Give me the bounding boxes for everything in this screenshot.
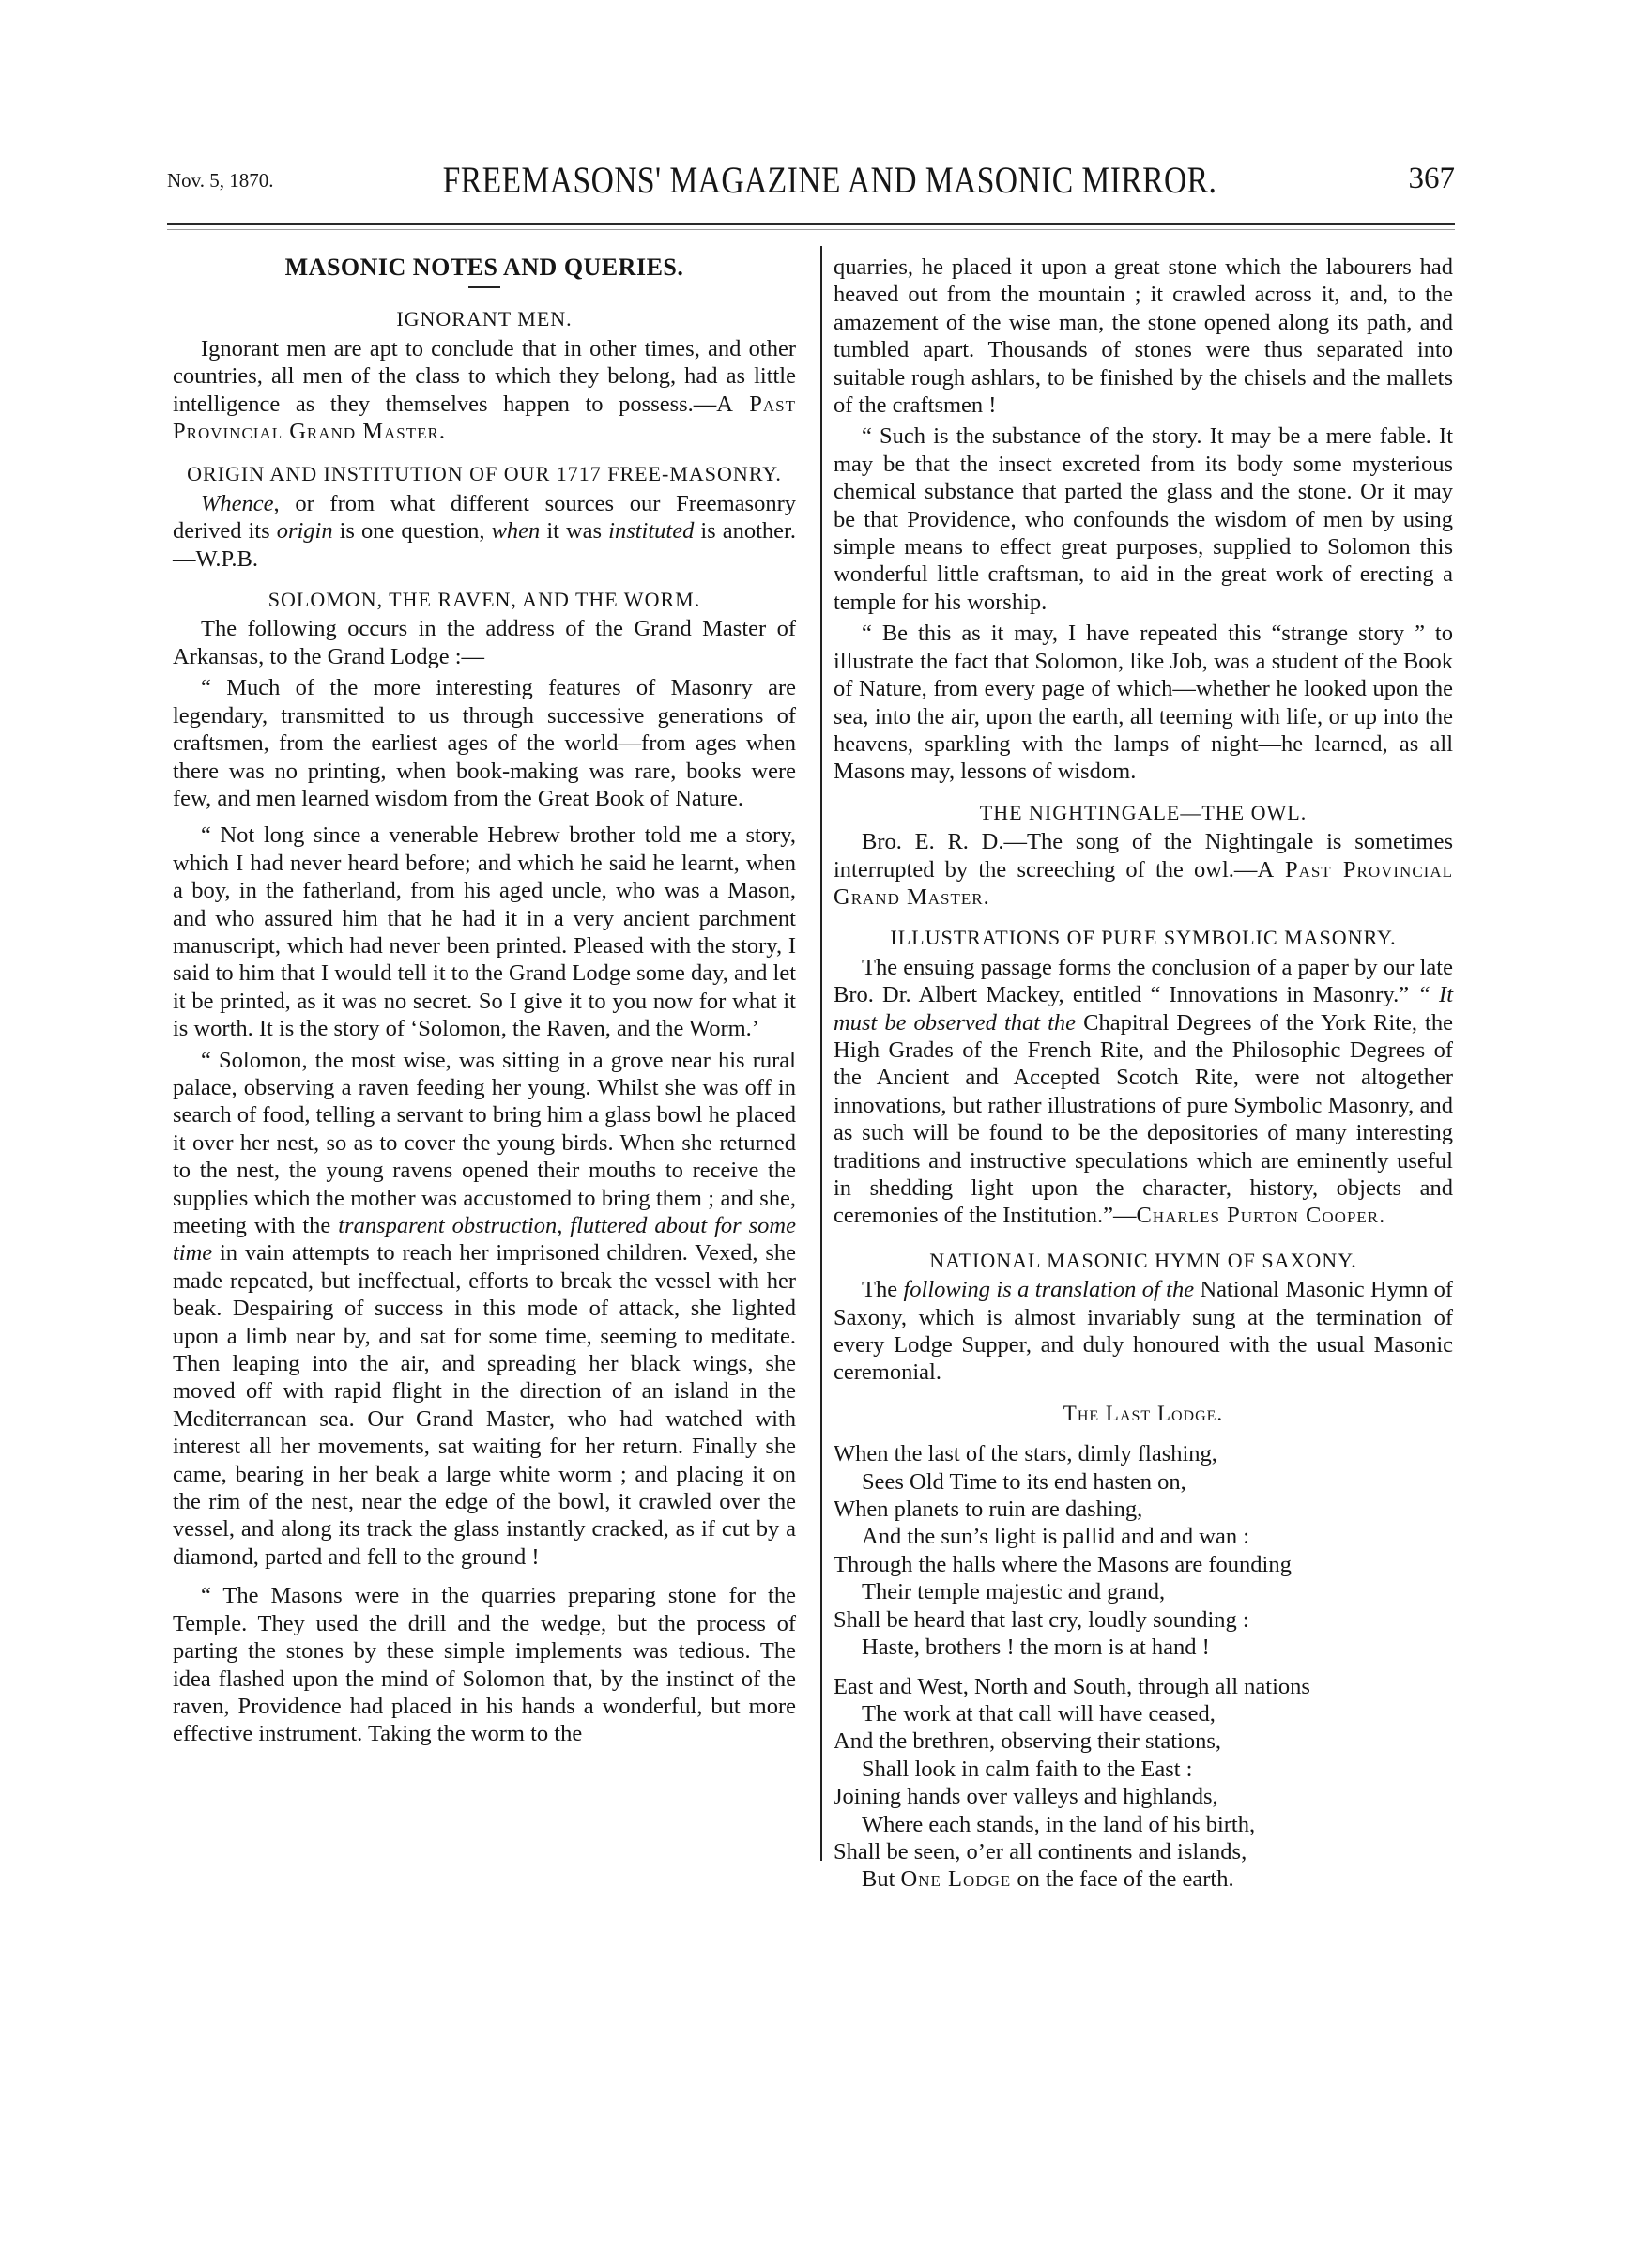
header-rule-thin	[167, 229, 1455, 230]
verse-line: Their temple majestic and grand,	[834, 1578, 1453, 1605]
verse-line: Where each stands, in the land of his bi…	[834, 1811, 1453, 1838]
paragraph: The following occurs in the address of t…	[173, 615, 796, 670]
italic-word: instituted	[608, 518, 694, 544]
section-title: MASONIC NOTES AND QUERIES.	[173, 253, 796, 281]
text-run: The	[862, 1277, 903, 1302]
heading-ignorant-men: IGNORANT MEN.	[173, 305, 796, 332]
article-body: Ignorant men are apt to conclude that in…	[173, 336, 796, 417]
paragraph: “ Not long since a venerable Hebrew brot…	[173, 821, 796, 1042]
paragraph-continued: quarries, he placed it upon a great ston…	[834, 253, 1453, 419]
text-run: it was	[540, 518, 608, 544]
stanza: East and West, North and South, through …	[834, 1673, 1453, 1894]
article-ignorant-men: Ignorant men are apt to conclude that in…	[173, 335, 796, 446]
text-run: on the face of the earth.	[1011, 1866, 1233, 1892]
verse-line: Haste, brothers ! the morn is at hand !	[834, 1634, 1453, 1661]
article-nightingale: Bro. E. R. D.—The song of the Nightingal…	[834, 828, 1453, 911]
right-column: quarries, he placed it upon a great ston…	[834, 253, 1453, 1905]
text-run: Chapitral Degrees of the York Rite, the …	[834, 1010, 1453, 1229]
verse-line: Through the halls where the Masons are f…	[834, 1551, 1453, 1578]
poem-title: The Last Lodge.	[834, 1400, 1453, 1427]
page-header: Nov. 5, 1870. FREEMASONS' MAGAZINE AND M…	[167, 158, 1455, 214]
verse-line: And the sun’s light is pallid and and wa…	[834, 1523, 1453, 1550]
left-column: MASONIC NOTES AND QUERIES. IGNORANT MEN.…	[173, 253, 796, 1748]
verse-line: And the brethren, observing their statio…	[834, 1727, 1453, 1755]
article-origin: Whence, or from what different sources o…	[173, 490, 796, 573]
verse-line: When planets to ruin are dashing,	[834, 1496, 1453, 1523]
verse-line: Shall be seen, o’er all continents and i…	[834, 1838, 1453, 1865]
verse-line: When the last of the stars, dimly flashi…	[834, 1440, 1453, 1467]
text-run: is one question,	[333, 518, 492, 544]
header-rule-thick	[167, 223, 1455, 225]
verse-line: Joining hands over valleys and highlands…	[834, 1783, 1453, 1810]
article-hymn-intro: The following is a translation of the Na…	[834, 1276, 1453, 1387]
column-divider	[820, 246, 822, 1861]
stanza: When the last of the stars, dimly flashi…	[834, 1440, 1453, 1661]
verse-line: Shall be heard that last cry, loudly sou…	[834, 1606, 1453, 1634]
paragraph: “ Much of the more interesting features …	[173, 674, 796, 812]
heading-illustrations: ILLUSTRATIONS OF PURE SYMBOLIC MASONRY.	[834, 924, 1453, 951]
poem: When the last of the stars, dimly flashi…	[834, 1440, 1453, 1894]
italic-run: following is a translation of the	[903, 1277, 1194, 1302]
verse-line-last: But One Lodge on the face of the earth.	[834, 1865, 1453, 1893]
heading-hymn: NATIONAL MASONIC HYMN OF SAXONY.	[834, 1247, 1453, 1274]
heading-solomon: SOLOMON, THE RAVEN, AND THE WORM.	[173, 586, 796, 613]
verse-line: Shall look in calm faith to the East :	[834, 1756, 1453, 1783]
small-caps-run: One Lodge	[901, 1866, 1012, 1892]
issue-date: Nov. 5, 1870.	[167, 169, 274, 192]
signature: Charles Purton Cooper.	[1137, 1203, 1386, 1228]
text-run: “ Solomon, the most wise, was sitting in…	[173, 1048, 796, 1238]
text-run: in vain attempts to reach her imprisoned…	[173, 1240, 796, 1569]
text-run: The ensuing passage forms the conclusion…	[834, 955, 1453, 1007]
text-run: But	[862, 1866, 901, 1892]
article-illustrations: The ensuing passage forms the conclusion…	[834, 954, 1453, 1230]
paragraph: “ Solomon, the most wise, was sitting in…	[173, 1047, 796, 1572]
paragraph: “ Such is the substance of the story. It…	[834, 422, 1453, 616]
page-number: 367	[1409, 161, 1456, 196]
italic-word: origin	[277, 518, 333, 544]
italic-word: when	[492, 518, 541, 544]
italic-word: Whence	[201, 491, 274, 516]
verse-line: Sees Old Time to its end hasten on,	[834, 1468, 1453, 1496]
publication-title: FREEMASONS' MAGAZINE AND MASONIC MIRROR.	[368, 158, 1292, 202]
verse-line: The work at that call will have ceased,	[834, 1700, 1453, 1727]
heading-nightingale: THE NIGHTINGALE—THE OWL.	[834, 799, 1453, 826]
paragraph: “ The Masons were in the quarries prepar…	[173, 1582, 796, 1747]
paragraph: “ Be this as it may, I have repeated thi…	[834, 620, 1453, 785]
section-divider	[468, 286, 500, 288]
verse-line: East and West, North and South, through …	[834, 1673, 1453, 1700]
heading-origin: ORIGIN AND INSTITUTION OF OUR 1717 FREE-…	[173, 460, 796, 487]
